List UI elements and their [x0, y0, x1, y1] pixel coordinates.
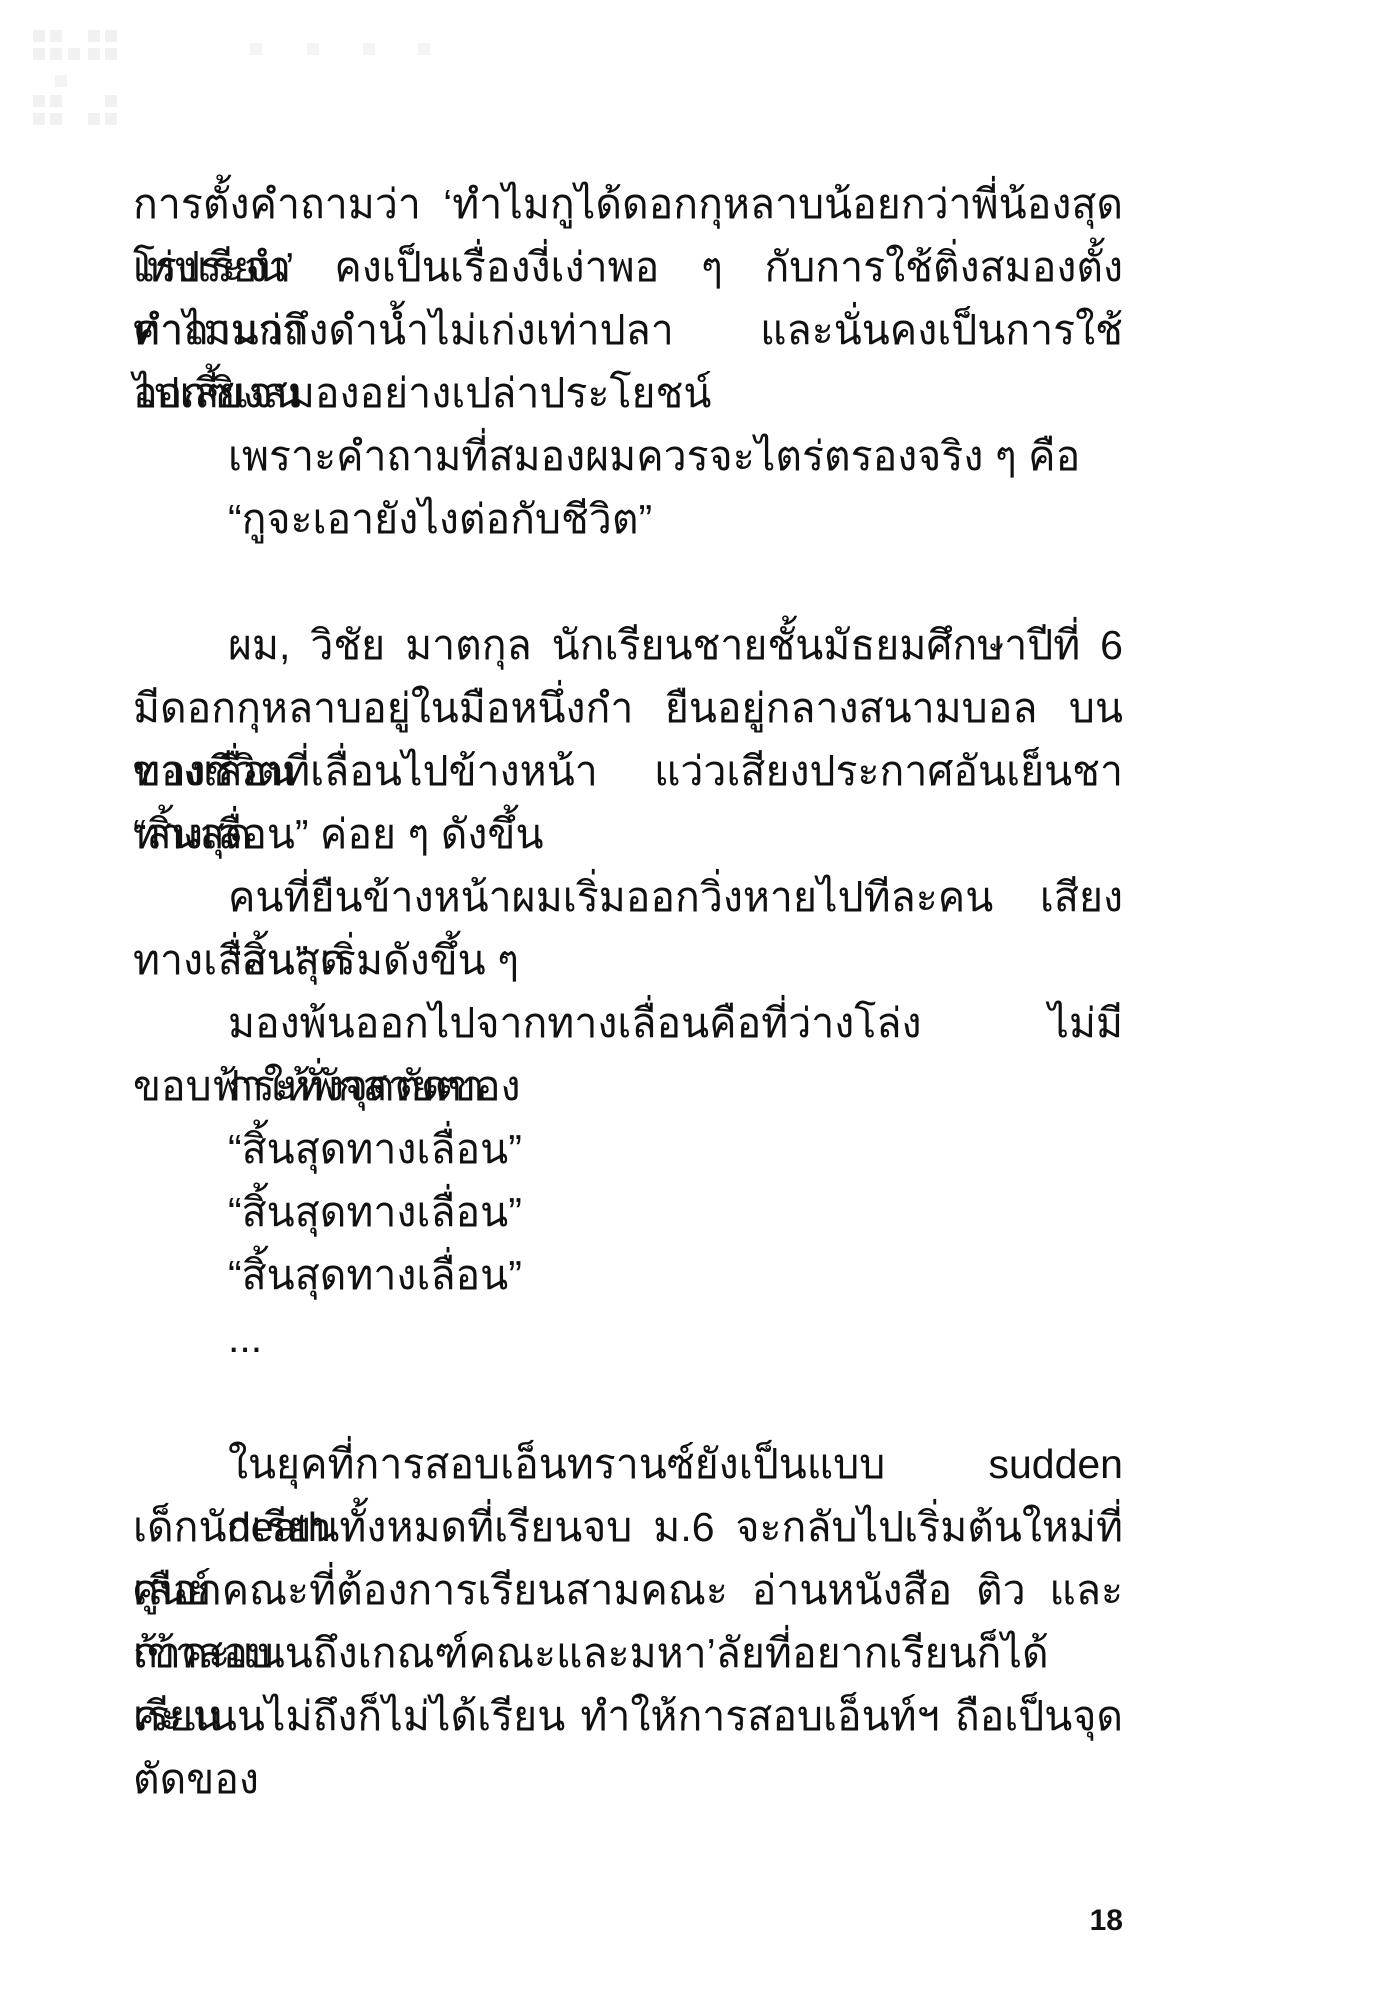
text-line: “สิ้นสุดทางเลื่อน”	[133, 1118, 1123, 1181]
text-line: เลือกคณะที่ต้องการเรียนสามคณะ อ่านหนังสื…	[133, 1559, 1123, 1622]
text-line: ไปเลี้ยงสมองอย่างเปล่าประโยชน์	[133, 362, 1123, 425]
text-line: ทำไมนกถึงดำน้ำไม่เก่งเท่าปลา และนั่นคงเป…	[133, 299, 1123, 362]
text-block: การตั้งคำถามว่า ‘ทำไมกูได้ดอกกุหลาบน้อยก…	[133, 173, 1123, 1748]
text-line: “สิ้นสุดทางเลื่อน”	[133, 1244, 1123, 1307]
text-line: ของชีวิตที่เลื่อนไปข้างหน้า แว่วเสียงประ…	[133, 740, 1123, 803]
text-line: “กูจะเอายังไงต่อกับชีวิต”	[133, 488, 1123, 551]
text-line: มีดอกกุหลาบอยู่ในมือหนึ่งกำ ยืนอยู่กลางส…	[133, 677, 1123, 740]
text-line: คะแนนไม่ถึงก็ไม่ได้เรียน ทำให้การสอบเอ็น…	[133, 1685, 1123, 1748]
blank-line	[133, 551, 1123, 614]
text-line: ผม, วิชัย มาตกุล นักเรียนชายชั้นมัธยมศึก…	[133, 614, 1123, 677]
scan-artifact	[33, 30, 45, 42]
text-line: ในยุคที่การสอบเอ็นทรานซ์ยังเป็นแบบ sudde…	[133, 1433, 1123, 1496]
text-line: ...	[133, 1307, 1123, 1370]
text-line: การตั้งคำถามว่า ‘ทำไมกูได้ดอกกุหลาบน้อยก…	[133, 173, 1123, 236]
text-line: ถ้าคะแนนถึงเกณฑ์คณะและมหา’ลัยที่อยากเรีย…	[133, 1622, 1123, 1685]
text-line: มองพ้นออกไปจากทางเลื่อนคือที่ว่างโล่ง ไม…	[133, 992, 1123, 1055]
text-line: เพราะคำถามที่สมองผมควรจะไตร่ตรองจริง ๆ ค…	[133, 425, 1123, 488]
text-line: คนที่ยืนข้างหน้าผมเริ่มออกวิ่งหายไปทีละค…	[133, 866, 1123, 929]
book-page: { "page": { "background_color": "#ffffff…	[0, 0, 1400, 2016]
text-line: ทางเลื่อน” เริ่มดังขึ้น ๆ	[133, 929, 1123, 992]
text-line: ขอบฟ้าให้พักสายตา	[133, 1055, 1123, 1118]
text-line: เด็กนักเรียนทั้งหมดที่เรียนจบ ม.6 จะกลับ…	[133, 1496, 1123, 1559]
text-line: โรงเรียน’ คงเป็นเรื่องงี่เง่าพอ ๆ กับการ…	[133, 236, 1123, 299]
text-line: ทางเลื่อน” ค่อย ๆ ดังขึ้น	[133, 803, 1123, 866]
text-line: “สิ้นสุดทางเลื่อน”	[133, 1181, 1123, 1244]
page-number: 18	[1090, 1900, 1123, 1942]
blank-line	[133, 1370, 1123, 1433]
